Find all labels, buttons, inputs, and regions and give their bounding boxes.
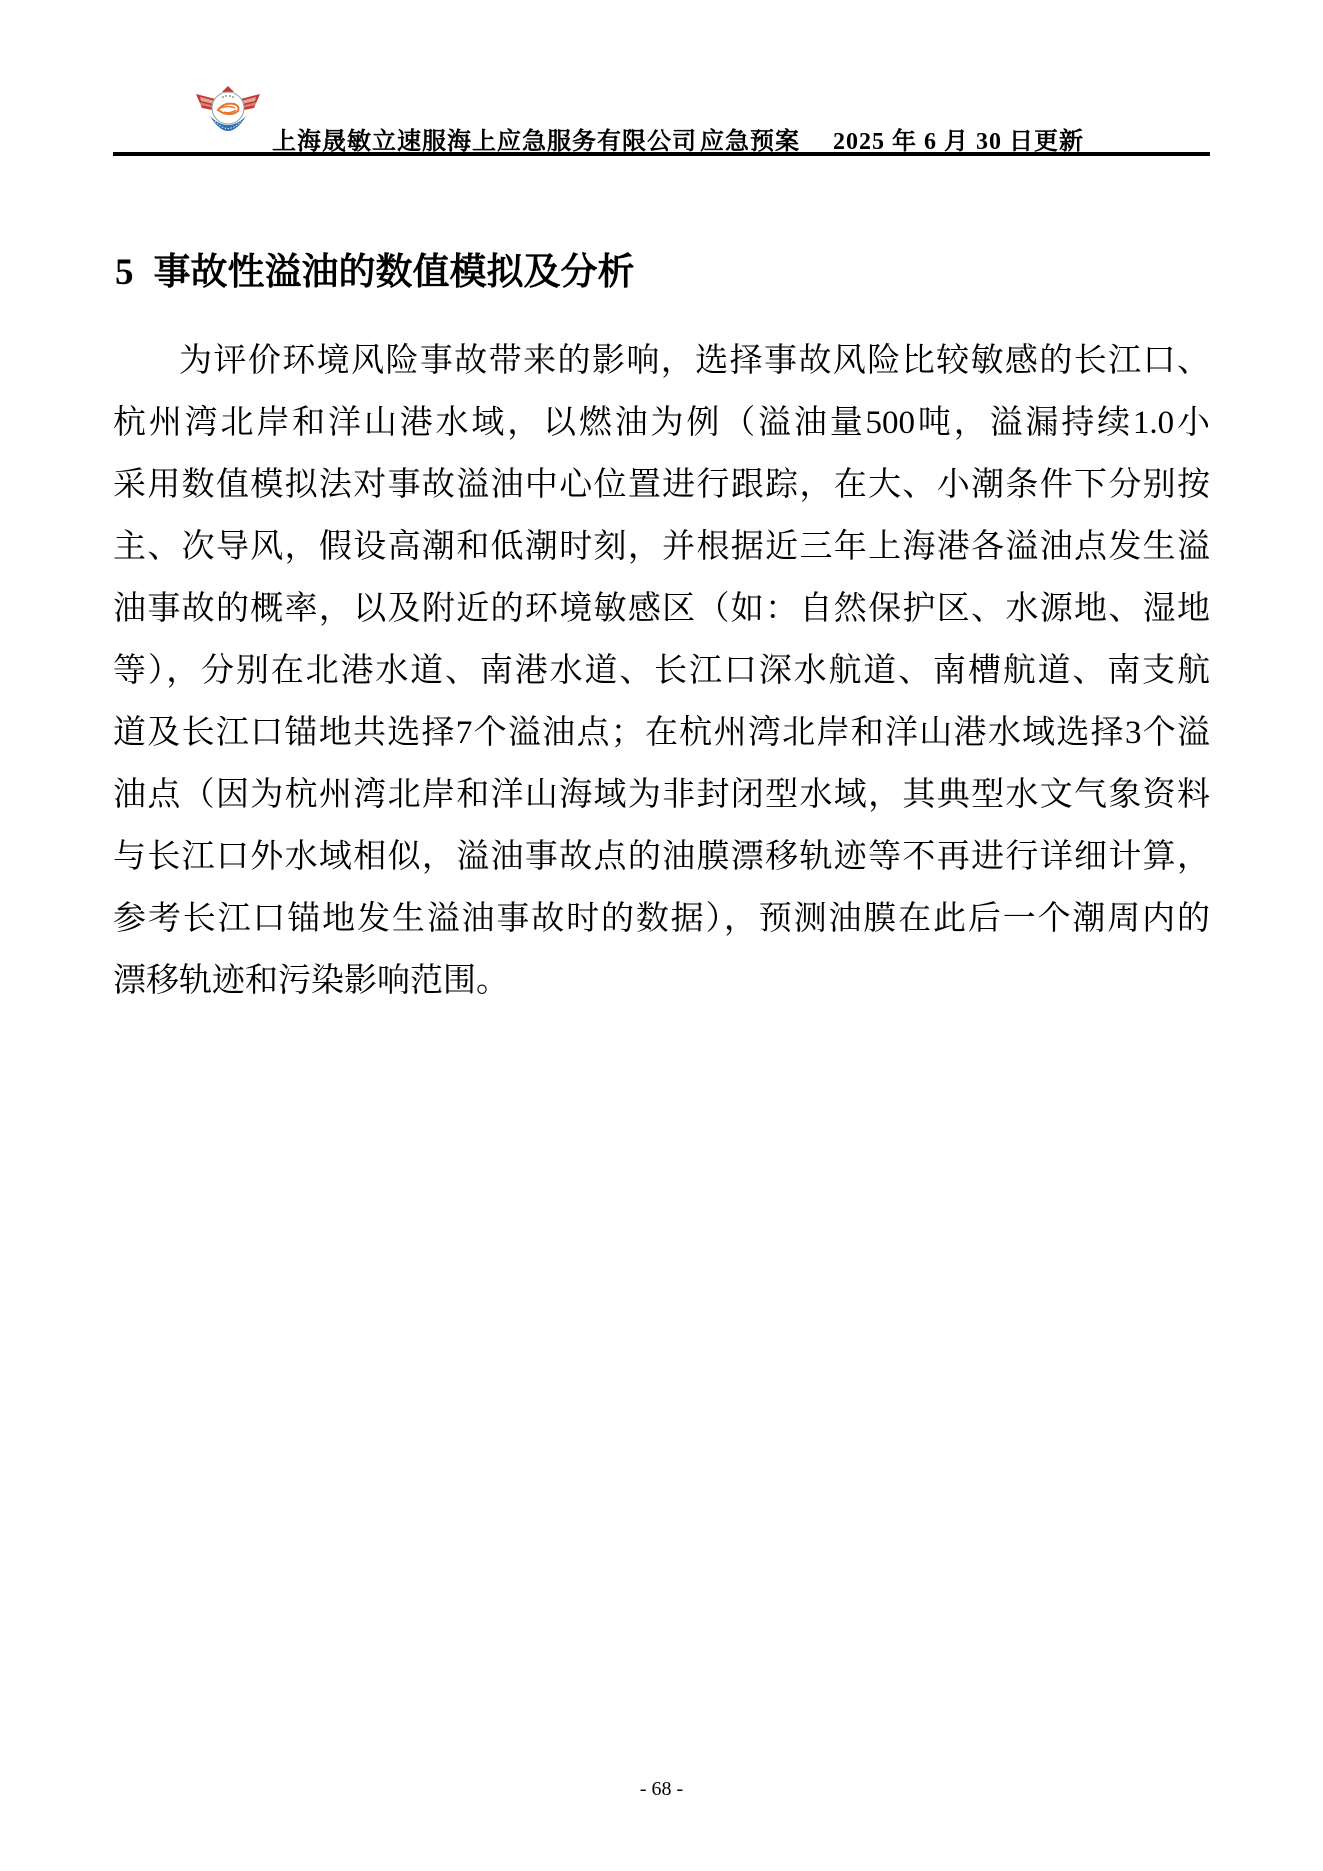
paragraph-line: 漂移轨迹和污染影响范围。 <box>113 950 1210 1012</box>
document-page: 上海晟敏立速服海上应急服务有限公司 应急预案 2025 年 6 月 30 日更新… <box>0 0 1323 1871</box>
paragraph-line: 为评价环境风险事故带来的影响，选择事故风险比较敏感的长江口、 <box>113 330 1210 392</box>
header-update-date: 2025 年 6 月 30 日更新 <box>833 121 1084 156</box>
header-rule <box>113 152 1210 156</box>
paragraph-line: 道及长江口锚地共选择7个溢油点；在杭州湾北岸和洋山港水域选择3个溢 <box>113 702 1210 764</box>
section-title: 事故性溢油的数值模拟及分析 <box>154 250 635 296</box>
page-number: - 68 - <box>640 1778 683 1800</box>
paragraph-line: 参考长江口锚地发生溢油事故时的数据），预测油膜在此后一个潮周内的 <box>113 888 1210 950</box>
paragraph-line: 采用数值模拟法对事故溢油中心位置进行跟踪，在大、小潮条件下分别按 <box>113 454 1210 516</box>
body-paragraph: 为评价环境风险事故带来的影响，选择事故风险比较敏感的长江口、 杭州湾北岸和洋山港… <box>113 330 1210 1012</box>
header-doc-type: 应急预案 <box>700 121 800 156</box>
paragraph-line: 油点（因为杭州湾北岸和洋山海域为非封闭型水域，其典型水文气象资料 <box>113 764 1210 826</box>
paragraph-line: 油事故的概率，以及附近的环境敏感区（如：自然保护区、水源地、湿地 <box>113 578 1210 640</box>
section-heading: 5 事故性溢油的数值模拟及分析 <box>115 250 635 296</box>
paragraph-line: 杭州湾北岸和洋山港水域，以燃油为例（溢油量500吨，溢漏持续1.0小时）， <box>113 392 1210 454</box>
paragraph-line: 与长江口外水域相似，溢油事故点的油膜漂移轨迹等不再进行详细计算， <box>113 826 1210 888</box>
paragraph-line: 等），分别在北港水道、南港水道、长江口深水航道、南槽航道、南支航 <box>113 640 1210 702</box>
section-number: 5 <box>115 250 134 296</box>
header-company-name: 上海晟敏立速服海上应急服务有限公司 <box>272 121 697 156</box>
page-footer: - 68 - <box>0 1778 1323 1801</box>
company-logo-icon <box>196 84 260 146</box>
paragraph-line: 主、次导风，假设高潮和低潮时刻，并根据近三年上海港各溢油点发生溢 <box>113 516 1210 578</box>
